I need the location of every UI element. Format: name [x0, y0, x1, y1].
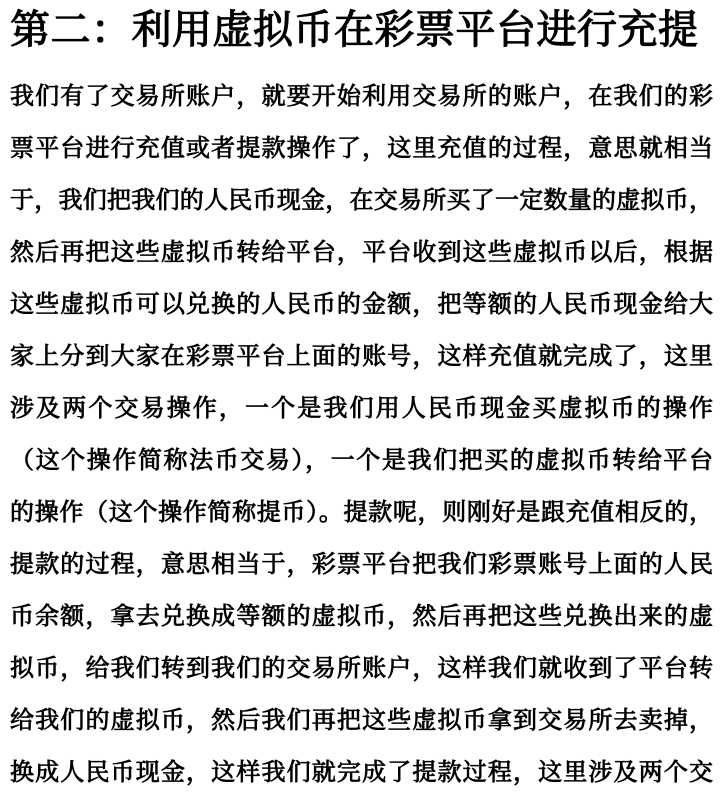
- paragraph-line: 给我们的虚拟币，然后我们再把这些虚拟币拿到交易所去卖掉，: [10, 695, 713, 747]
- paragraph-line: 提款的过程，意思相当于，彩票平台把我们彩票账号上面的人民: [10, 539, 713, 591]
- paragraph: 我们有了交易所账户，就要开始利用交易所的账户，在我们的彩 票平台进行充值或者提款…: [10, 71, 713, 792]
- page-title: 第二：利用虚拟币在彩票平台进行充提: [10, 4, 713, 56]
- document-page: 第二：利用虚拟币在彩票平台进行充提 我们有了交易所账户，就要开始利用交易所的账户…: [0, 0, 721, 792]
- paragraph-line: （这个操作简称法币交易），一个是我们把买的虚拟币转给平台: [10, 435, 713, 487]
- paragraph-line: 票平台进行充值或者提款操作了，这里充值的过程，意思就相当: [10, 123, 713, 175]
- paragraph-line: 家上分到大家在彩票平台上面的账号，这样充值就完成了，这里: [10, 331, 713, 383]
- paragraph-line: 于，我们把我们的人民币现金，在交易所买了一定数量的虚拟币，: [10, 175, 713, 227]
- paragraph-line: 的操作（这个操作简称提币）。提款呢，则刚好是跟充值相反的，: [10, 487, 713, 539]
- paragraph-line: 这些虚拟币可以兑换的人民币的金额，把等额的人民币现金给大: [10, 279, 713, 331]
- paragraph-line: 币余额，拿去兑换成等额的虚拟币，然后再把这些兑换出来的虚: [10, 591, 713, 643]
- paragraph-line: 我们有了交易所账户，就要开始利用交易所的账户，在我们的彩: [10, 71, 713, 123]
- paragraph-line: 然后再把这些虚拟币转给平台，平台收到这些虚拟币以后，根据: [10, 227, 713, 279]
- paragraph-line: 涉及两个交易操作，一个是我们用人民币现金买虚拟币的操作: [10, 383, 713, 435]
- paragraph-line: 拟币，给我们转到我们的交易所账户，这样我们就收到了平台转: [10, 643, 713, 695]
- paragraph-line: 换成人民币现金，这样我们就完成了提款过程，这里涉及两个交: [10, 747, 713, 792]
